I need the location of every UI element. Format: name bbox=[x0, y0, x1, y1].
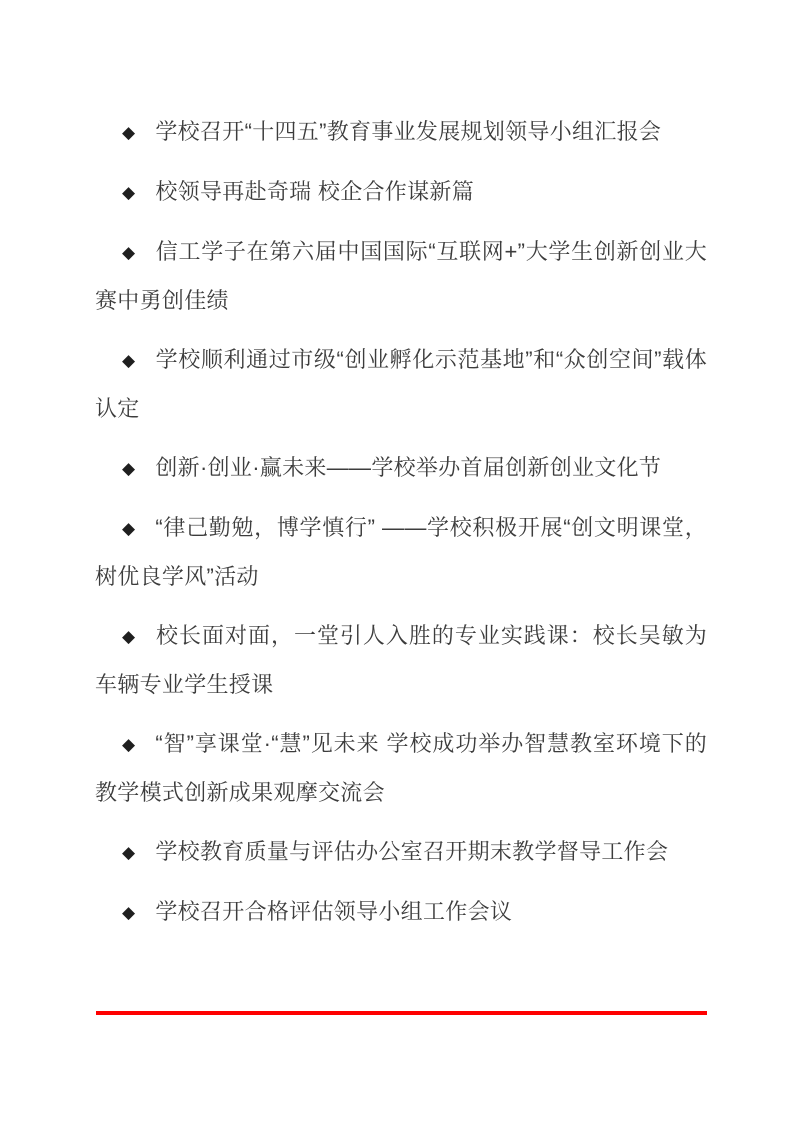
news-item: ◆信工学子在第六届中国国际“互联网+”大学生创新创业大赛中勇创佳绩 bbox=[95, 228, 707, 325]
diamond-bullet-icon: ◆ bbox=[122, 721, 135, 769]
news-item: ◆“智”享课堂·“慧”见未来 学校成功举办智慧教室环境下的教学模式创新成果观摩交… bbox=[95, 720, 707, 817]
red-divider-line bbox=[96, 1011, 707, 1015]
diamond-bullet-icon: ◆ bbox=[122, 229, 135, 277]
diamond-bullet-icon: ◆ bbox=[122, 505, 135, 553]
diamond-bullet-icon: ◆ bbox=[122, 889, 135, 937]
document-page: ◆学校召开“十四五”教育事业发展规划领导小组汇报会 ◆校领导再赴奇瑞 校企合作谋… bbox=[0, 0, 800, 1131]
news-item: ◆学校顺利通过市级“创业孵化示范基地”和“众创空间”载体认定 bbox=[95, 336, 707, 433]
news-item: ◆创新·创业·赢未来——学校举办首届创新创业文化节 bbox=[95, 444, 707, 493]
news-item: ◆校领导再赴奇瑞 校企合作谋新篇 bbox=[95, 168, 707, 217]
news-item-text: 创新·创业·赢未来——学校举办首届创新创业文化节 bbox=[155, 455, 661, 480]
diamond-bullet-icon: ◆ bbox=[122, 169, 135, 217]
news-item-text: 学校召开“十四五”教育事业发展规划领导小组汇报会 bbox=[155, 119, 661, 144]
diamond-bullet-icon: ◆ bbox=[122, 337, 135, 385]
news-headline-list: ◆学校召开“十四五”教育事业发展规划领导小组汇报会 ◆校领导再赴奇瑞 校企合作谋… bbox=[95, 108, 707, 948]
diamond-bullet-icon: ◆ bbox=[122, 613, 135, 661]
diamond-bullet-icon: ◆ bbox=[122, 829, 135, 877]
news-item-text: 校长面对面，一堂引人入胜的专业实践课：校长吴敏为车辆专业学生授课 bbox=[95, 623, 707, 697]
news-item-text: 学校顺利通过市级“创业孵化示范基地”和“众创空间”载体认定 bbox=[95, 347, 707, 421]
news-item-text: 信工学子在第六届中国国际“互联网+”大学生创新创业大赛中勇创佳绩 bbox=[95, 239, 707, 313]
news-item: ◆学校召开“十四五”教育事业发展规划领导小组汇报会 bbox=[95, 108, 707, 157]
news-item-text: “智”享课堂·“慧”见未来 学校成功举办智慧教室环境下的教学模式创新成果观摩交流… bbox=[95, 731, 707, 805]
news-item-text: “律己勤勉，博学慎行” ——学校积极开展“创文明课堂，树优良学风”活动 bbox=[95, 515, 707, 589]
news-item-text: 学校召开合格评估领导小组工作会议 bbox=[155, 899, 512, 924]
news-item-text: 学校教育质量与评估办公室召开期末教学督导工作会 bbox=[155, 839, 668, 864]
news-item: ◆学校教育质量与评估办公室召开期末教学督导工作会 bbox=[95, 828, 707, 877]
news-item-text: 校领导再赴奇瑞 校企合作谋新篇 bbox=[155, 179, 474, 204]
news-item: ◆学校召开合格评估领导小组工作会议 bbox=[95, 888, 707, 937]
diamond-bullet-icon: ◆ bbox=[122, 109, 135, 157]
news-item: ◆校长面对面，一堂引人入胜的专业实践课：校长吴敏为车辆专业学生授课 bbox=[95, 612, 707, 709]
diamond-bullet-icon: ◆ bbox=[122, 445, 135, 493]
news-item: ◆“律己勤勉，博学慎行” ——学校积极开展“创文明课堂，树优良学风”活动 bbox=[95, 504, 707, 601]
